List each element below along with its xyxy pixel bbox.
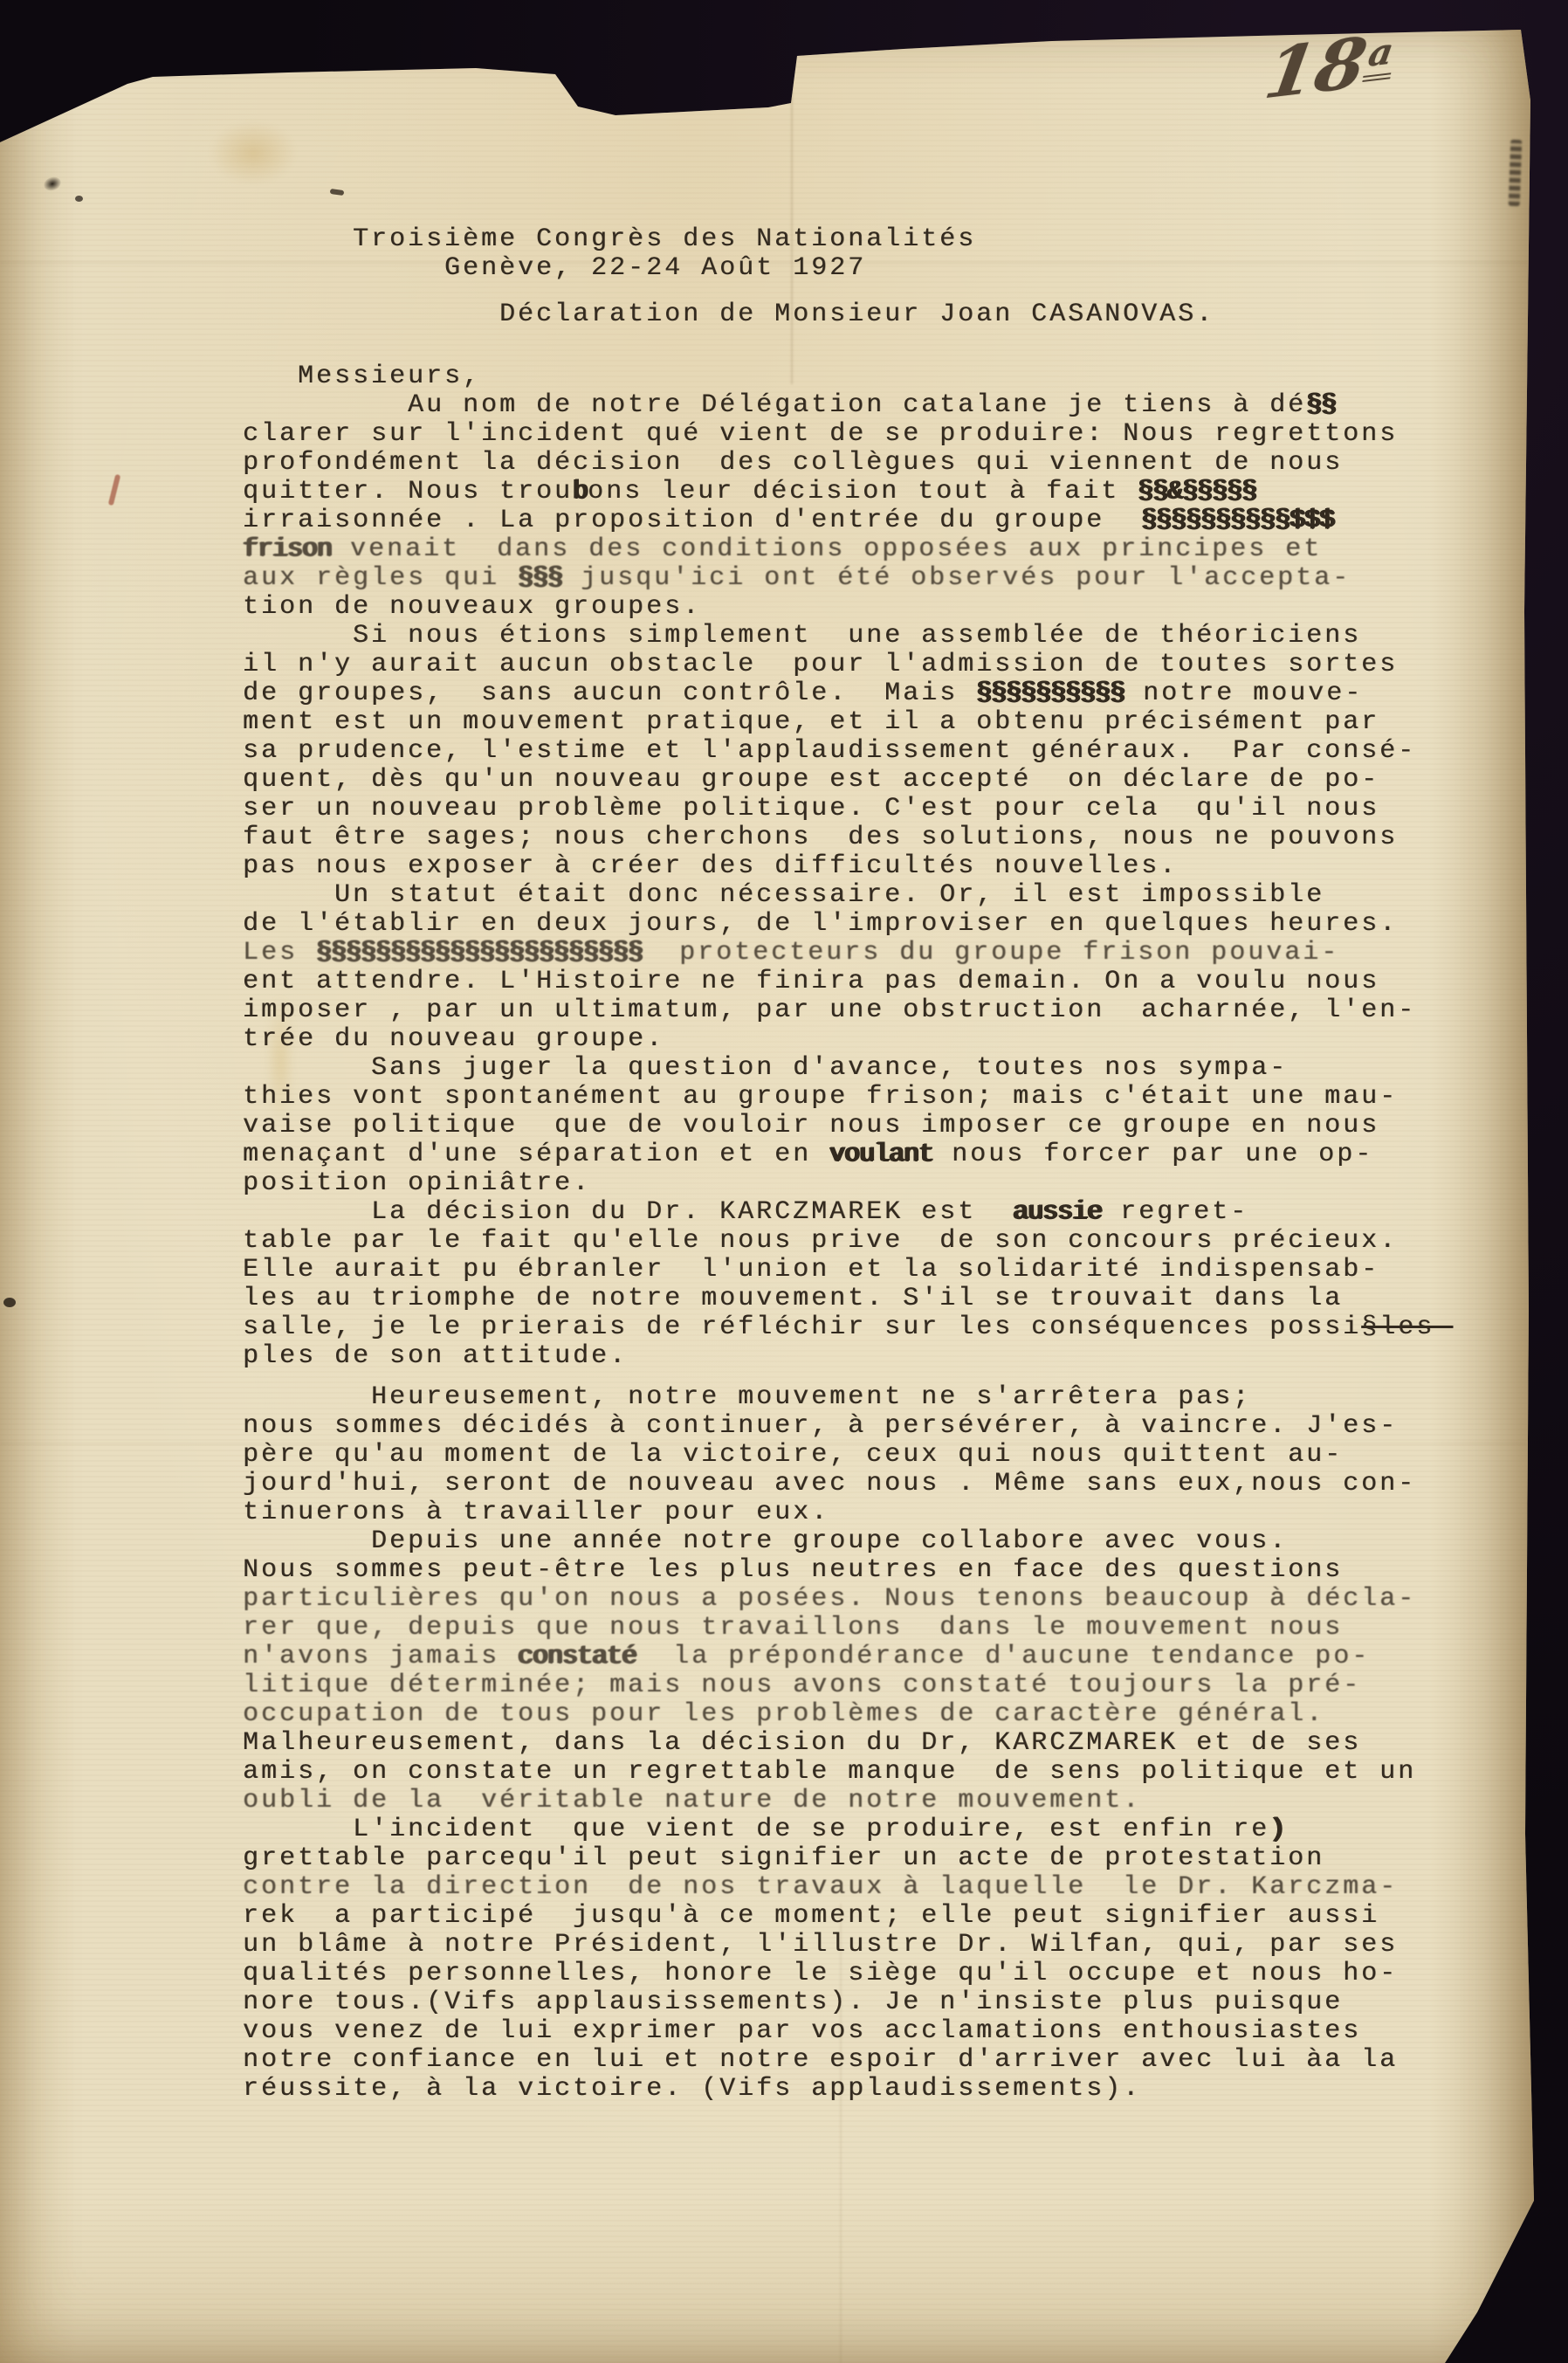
typed-text-segment: un blâme à notre Président, l'illustre D… xyxy=(243,1930,1398,1960)
typed-line: Si nous étions simplement une assemblée … xyxy=(243,622,1453,651)
typed-text-segment: Depuis une année notre groupe collabore … xyxy=(243,1526,1288,1556)
typed-line: Un statut était donc nécessaire. Or, il … xyxy=(243,881,1453,910)
typed-line: table par le fait qu'elle nous prive de … xyxy=(243,1227,1453,1256)
typed-line: père qu'au moment de la victoire, ceux q… xyxy=(243,1441,1453,1470)
typed-text-segment: de groupes, sans aucun contrôle. Mais xyxy=(243,679,976,708)
typed-text-segment: nous forcer par une op- xyxy=(933,1140,1373,1169)
typed-text-segment: ser un nouveau problème politique. C'est… xyxy=(243,794,1379,823)
typed-text-segment: vous venez de lui exprimer par vos accla… xyxy=(243,2016,1361,2046)
typed-text-segment: pas nous exposer à créer des difficultés… xyxy=(243,851,1178,881)
typed-line: position opiniâtre. xyxy=(243,1169,1453,1198)
typed-text-segment: irraisonnée . La proposition d'entrée du… xyxy=(243,506,1141,535)
typed-line: La décision du Dr. KARCZMAREK est aussie… xyxy=(243,1198,1453,1227)
typed-line: de groupes, sans aucun contrôle. Mais §§… xyxy=(243,679,1453,708)
typed-line: Depuis une année notre groupe collabore … xyxy=(243,1527,1453,1556)
paper: 18a Troisième Congrès des Nationalités G… xyxy=(0,0,1537,2363)
typed-line: Sans juger la question d'avance, toutes … xyxy=(243,1054,1453,1083)
typed-line: imposer , par un ultimatum, par une obst… xyxy=(243,996,1453,1025)
typed-text-segment: grettable parcequ'il peut signifier un a… xyxy=(243,1843,1324,1873)
typed-line: contre la direction de nos travaux à laq… xyxy=(243,1873,1453,1902)
typed-text-segment: ples de son attitude. xyxy=(243,1341,628,1371)
edge-stamp-mark xyxy=(1509,140,1523,206)
typed-line: quent, dès qu'un nouveau groupe est acce… xyxy=(243,766,1453,795)
typed-line: Malheureusement, dans la décision du Dr,… xyxy=(243,1729,1453,1758)
typed-line: trée du nouveau groupe. xyxy=(243,1025,1453,1054)
stain xyxy=(517,7,630,75)
typed-line: les au triomphe de notre mouvement. S'il… xyxy=(243,1285,1453,1313)
typed-line: Déclaration de Monsieur Joan CASANOVAS. xyxy=(243,300,1453,329)
typed-line: notre confiance en lui et notre espoir d… xyxy=(243,2046,1453,2075)
struck-text: §les— xyxy=(1361,1312,1453,1342)
typed-text-segment: faut être sages; nous cherchons des solu… xyxy=(243,823,1398,852)
photo-background: 18a Troisième Congrès des Nationalités G… xyxy=(0,0,1568,2363)
typed-text-segment: ent attendre. L'Histoire ne finira pas d… xyxy=(243,967,1379,996)
typed-text-segment: qualités personnelles, honore le siège q… xyxy=(243,1959,1398,1988)
typed-line: occupation de tous pour les problèmes de… xyxy=(243,1700,1453,1729)
typed-text-segment: réussite, à la victoire. (Vifs applaudis… xyxy=(243,2074,1141,2104)
typed-line: frison venait dans des conditions opposé… xyxy=(243,535,1453,564)
typed-text-segment: Sans juger la question d'avance, toutes … xyxy=(243,1053,1288,1083)
typed-line: ples de son attitude. xyxy=(243,1342,1453,1371)
typed-line: nore tous.(Vifs applausissements). Je n'… xyxy=(243,1988,1453,2017)
overtyped-text: constaté xyxy=(518,1642,636,1671)
overtyped-text: §§ xyxy=(1306,390,1336,420)
typed-line: Les §§§§§§§§§§§§§§§§§§§§§§ protecteurs d… xyxy=(243,939,1453,968)
typed-text-segment: contre la direction de nos travaux à laq… xyxy=(243,1872,1398,1902)
typed-text-segment: Heureusement, notre mouvement ne s'arrêt… xyxy=(243,1382,1251,1412)
typed-line: salle, je le prierais de réfléchir sur l… xyxy=(243,1313,1453,1342)
stain xyxy=(210,121,297,185)
typed-text-segment: jourd'hui, seront de nouveau avec nous .… xyxy=(243,1469,1416,1498)
typed-text-segment: salle, je le prierais de réfléchir sur l… xyxy=(243,1312,1361,1342)
typed-line: grettable parcequ'il peut signifier un a… xyxy=(243,1844,1453,1873)
typed-text-segment: occupation de tous pour les problèmes de… xyxy=(243,1699,1324,1729)
typed-text-segment: Déclaration de Monsieur Joan CASANOVAS. xyxy=(243,300,1214,329)
typed-line: tinuerons à travailler pour eux. xyxy=(243,1498,1453,1527)
typed-text-segment: jusqu'ici ont été observés pour l'accept… xyxy=(562,563,1351,593)
typed-line: thies vont spontanément au groupe frison… xyxy=(243,1083,1453,1112)
typed-text-segment: table par le fait qu'elle nous prive de … xyxy=(243,1226,1398,1256)
typed-text-segment: clarer sur l'incident qué vient de se pr… xyxy=(243,419,1398,449)
typed-text-segment: notre mouve- xyxy=(1124,679,1363,708)
typed-text-segment: nous sommes décidés à continuer, à persé… xyxy=(243,1411,1398,1441)
typed-text-segment: nore tous.(Vifs applausissements). Je n'… xyxy=(243,1988,1343,2017)
typed-line: Messieurs, xyxy=(243,362,1453,391)
typed-line: jourd'hui, seront de nouveau avec nous .… xyxy=(243,1470,1453,1498)
typed-text-segment: litique déterminée; mais nous avons cons… xyxy=(243,1671,1361,1700)
typed-line: Genève, 22-24 Août 1927 xyxy=(243,254,1453,283)
typed-text-segment: Troisième Congrès des Nationalités xyxy=(243,224,976,254)
typed-text-segment: thies vont spontanément au groupe frison… xyxy=(243,1082,1398,1112)
typed-text-segment: protecteurs du groupe frison pouvai- xyxy=(643,938,1339,968)
typed-text-segment: quitter. Nous trou xyxy=(243,477,573,506)
typed-line: clarer sur l'incident qué vient de se pr… xyxy=(243,420,1453,449)
typed-text-segment: La décision du Dr. KARCZMAREK est xyxy=(243,1197,1013,1227)
typed-text-segment: regret- xyxy=(1102,1197,1248,1227)
typed-text-segment: Au nom de notre Délégation catalane je t… xyxy=(243,390,1306,420)
typed-line: rer que, depuis que nous travaillons dan… xyxy=(243,1614,1453,1643)
overtyped-text: b xyxy=(573,477,588,506)
typed-line: Elle aurait pu ébranler l'union et la so… xyxy=(243,1256,1453,1285)
typed-text-segment: amis, on constate un regrettable manque … xyxy=(243,1757,1416,1787)
typed-text-segment: Un statut était donc nécessaire. Or, il … xyxy=(243,880,1324,910)
typed-line: faut être sages; nous cherchons des solu… xyxy=(243,823,1453,852)
typed-line: menaçant d'une séparation et en voulant … xyxy=(243,1140,1453,1169)
typed-line: rek a participé jusqu'à ce moment; elle … xyxy=(243,1902,1453,1931)
typed-text-segment: quent, dès qu'un nouveau groupe est acce… xyxy=(243,765,1379,795)
typed-text-segment: Messieurs, xyxy=(243,362,481,391)
typed-text-segment: trée du nouveau groupe. xyxy=(243,1024,664,1054)
typed-text-segment: père qu'au moment de la victoire, ceux q… xyxy=(243,1440,1343,1470)
typed-line: qualités personnelles, honore le siège q… xyxy=(243,1960,1453,1988)
typed-text-segment: la prépondérance d'aucune tendance po- xyxy=(636,1642,1370,1671)
overtyped-text: ) xyxy=(1269,1815,1284,1844)
typed-text-segment: oubli de la véritable nature de notre mo… xyxy=(243,1786,1141,1815)
typed-text-segment: Si nous étions simplement une assemblée … xyxy=(243,621,1361,651)
typed-text-segment: menaçant d'une séparation et en xyxy=(243,1140,829,1169)
typed-text-segment: n'avons jamais xyxy=(243,1642,518,1671)
typed-line: ent attendre. L'Histoire ne finira pas d… xyxy=(243,968,1453,996)
overtyped-text: §§§ xyxy=(518,563,562,593)
typed-line: litique déterminée; mais nous avons cons… xyxy=(243,1671,1453,1700)
typed-text-segment: ment est un mouvement pratique, et il a … xyxy=(243,707,1379,737)
typed-text-segment: aux règles qui xyxy=(243,563,518,593)
typed-line: L'incident que vient de se produire, est… xyxy=(243,1815,1453,1844)
typed-line: irraisonnée . La proposition d'entrée du… xyxy=(243,506,1453,535)
typed-text-segment: imposer , par un ultimatum, par une obst… xyxy=(243,995,1416,1025)
typed-line: sa prudence, l'estime et l'applaudisseme… xyxy=(243,737,1453,766)
typed-line: réussite, à la victoire. (Vifs applaudis… xyxy=(243,2075,1453,2104)
overtyped-text: aussie xyxy=(1013,1197,1102,1227)
overtyped-text: §§§§§§§§§§ xyxy=(976,679,1124,708)
typed-text-segment: vaise politique que de vouloir nous impo… xyxy=(243,1111,1379,1140)
typed-line: oubli de la véritable nature de notre mo… xyxy=(243,1787,1453,1815)
overtyped-text: §§§§§§§§§§§§§§§§§§§§§§ xyxy=(316,938,643,968)
overtyped-text: §§&§§§§§ xyxy=(1138,477,1256,506)
overtyped-text: §§§§§§§§§§$$$ xyxy=(1141,506,1334,535)
typed-text-segment: tinuerons à travailler pour eux. xyxy=(243,1498,829,1527)
typed-line: de l'établir en deux jours, de l'improvi… xyxy=(243,910,1453,939)
typed-line: vous venez de lui exprimer par vos accla… xyxy=(243,2017,1453,2046)
typed-text-segment: il n'y aurait aucun obstacle pour l'admi… xyxy=(243,650,1398,679)
typed-text-segment: sa prudence, l'estime et l'applaudisseme… xyxy=(243,736,1416,766)
typed-line: il n'y aurait aucun obstacle pour l'admi… xyxy=(243,651,1453,679)
overtyped-text: voulant xyxy=(829,1140,933,1169)
typed-line: quitter. Nous troubons leur décision tou… xyxy=(243,478,1453,506)
typed-line: tion de nouveaux groupes. xyxy=(243,593,1453,622)
ink-speck xyxy=(3,1298,16,1307)
ink-speck xyxy=(75,196,83,202)
typed-line: vaise politique que de vouloir nous impo… xyxy=(243,1112,1453,1140)
overtyped-text: frison xyxy=(243,534,332,564)
typed-line: aux règles qui §§§ jusqu'ici ont été obs… xyxy=(243,564,1453,593)
typed-text: Troisième Congrès des Nationalités Genèv… xyxy=(243,225,1453,2104)
typed-text-segment: particulières qu'on nous a posées. Nous … xyxy=(243,1584,1416,1614)
typed-text-segment: position opiniâtre. xyxy=(243,1168,591,1198)
typed-line: ser un nouveau problème politique. C'est… xyxy=(243,795,1453,823)
typed-line: profondément la décision des collègues q… xyxy=(243,449,1453,478)
typed-line: n'avons jamais constaté la prépondérance… xyxy=(243,1643,1453,1671)
typed-line: Heureusement, notre mouvement ne s'arrêt… xyxy=(243,1383,1453,1412)
typed-text-segment: notre confiance en lui et notre espoir d… xyxy=(243,2045,1398,2075)
typed-line: ment est un mouvement pratique, et il a … xyxy=(243,708,1453,737)
typed-text-segment: profondément la décision des collègues q… xyxy=(243,448,1343,478)
typed-text-segment: venait dans des conditions opposées aux … xyxy=(332,534,1322,564)
typed-line: Troisième Congrès des Nationalités xyxy=(243,225,1453,254)
typed-text-segment: Elle aurait pu ébranler l'union et la so… xyxy=(243,1255,1379,1285)
typed-text-segment: les au triomphe de notre mouvement. S'il… xyxy=(243,1284,1343,1313)
typed-text-segment: Genève, 22-24 Août 1927 xyxy=(243,253,866,283)
typed-text-segment: rek a participé jusqu'à ce moment; elle … xyxy=(243,1901,1379,1931)
typed-line: nous sommes décidés à continuer, à persé… xyxy=(243,1412,1453,1441)
typed-text-segment: tion de nouveaux groupes. xyxy=(243,592,701,622)
typed-line: particulières qu'on nous a posées. Nous … xyxy=(243,1585,1453,1614)
typed-line: un blâme à notre Président, l'illustre D… xyxy=(243,1931,1453,1960)
typed-line: Nous sommes peut-être les plus neutres e… xyxy=(243,1556,1453,1585)
typed-text-segment: L'incident que vient de se produire, est… xyxy=(243,1815,1269,1844)
typed-text-segment: Les xyxy=(243,938,316,968)
typed-text-segment: rer que, depuis que nous travaillons dan… xyxy=(243,1613,1343,1643)
typed-line: amis, on constate un regrettable manque … xyxy=(243,1758,1453,1787)
typed-line: Au nom de notre Délégation catalane je t… xyxy=(243,391,1453,420)
typed-text-segment: de l'établir en deux jours, de l'improvi… xyxy=(243,909,1398,939)
typed-text-segment: Nous sommes peut-être les plus neutres e… xyxy=(243,1555,1343,1585)
note-number: 18 xyxy=(1259,21,1372,114)
typed-line: pas nous exposer à créer des difficultés… xyxy=(243,852,1453,881)
typed-text-segment: Malheureusement, dans la décision du Dr,… xyxy=(243,1728,1361,1758)
typed-text-segment: ons leur décision tout à fait xyxy=(588,477,1138,506)
